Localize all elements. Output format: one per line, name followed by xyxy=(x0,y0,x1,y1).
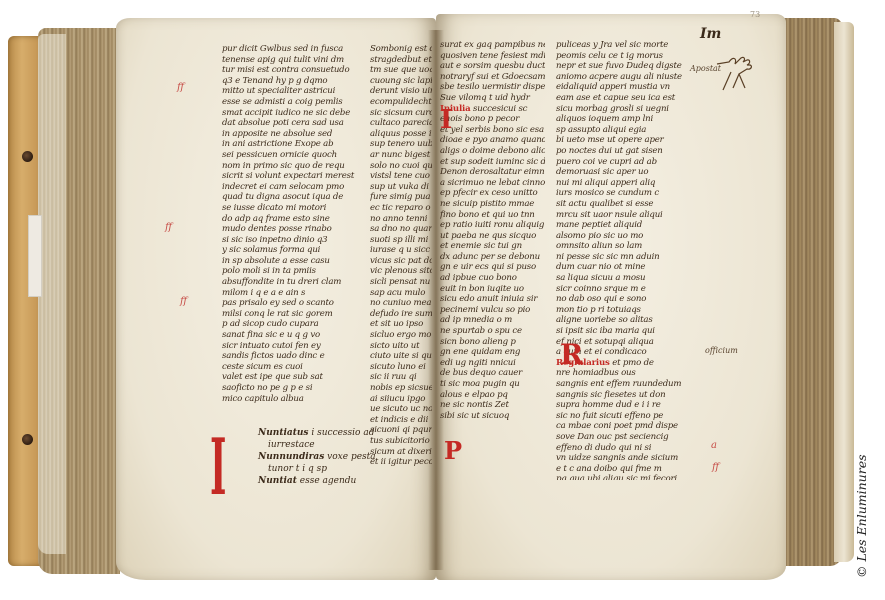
manuscript-line: sic no fuit sicuti effeno pe xyxy=(556,411,691,422)
manuscript-line: peomis celu ce t ig morus xyxy=(556,51,691,62)
manuscript-line: in sp absolute a esse casu xyxy=(222,256,364,267)
manuscript-line: iurs mosico se cundum c xyxy=(556,188,691,199)
manuscript-line: sap acu mulo xyxy=(370,288,432,299)
manuscript-line: alsomo pio sic uo mo xyxy=(556,231,691,242)
manuscript-line: et yel serbis bono sic esa xyxy=(440,125,545,136)
manuscript-line: sangnis sic fiesetes ut don xyxy=(556,390,691,401)
manuscript-line: polo moli si in ta pmiis xyxy=(222,266,364,277)
manuscript-line: de bus dequo cauer xyxy=(440,368,545,379)
manuscript-line: sicrit si volunt expectari merest xyxy=(222,171,364,182)
manuscript-line: alous e elpao pq xyxy=(440,390,545,401)
manuscript-line: tus subicitorio xyxy=(370,436,432,447)
manuscript-line: sp assupto aliqui egia xyxy=(556,125,691,136)
manuscript-line: nom in primo sic quo de requ xyxy=(222,161,364,172)
manuscript-line: ai siiucu ipgo xyxy=(370,394,432,405)
manuscript-line: esse se admisti a coig pemlis xyxy=(222,97,364,108)
manuscript-line: et sup sodeit iuminc sic diru xyxy=(440,157,545,168)
manuscript-line: no cuniuo mea xyxy=(370,298,432,309)
manuscript-line: nobis ep sicsue xyxy=(370,383,432,394)
manuscript-line: e t c ana doibo qui fme m xyxy=(556,464,691,475)
manuscript-line: puero coi ve cupri ad ab xyxy=(556,157,691,168)
manuscript-line: tm sue que uoq ti xyxy=(370,65,432,76)
manuscript-line: pas prisalo ey sed o scanto xyxy=(222,298,364,309)
manuscript-line: cultaco parecia ua xyxy=(370,118,432,129)
manuscript-line: ue sicuto uc no xyxy=(370,404,432,415)
manuscript-line: iurase q u sicc xyxy=(370,245,432,256)
manuscript-line: cuoung sic lapis gn xyxy=(370,76,432,87)
manuscript-line: pecinemi vulcu so pio xyxy=(440,305,545,316)
manuscript-line: q3 e Tenand hy p g dqmo xyxy=(222,76,364,87)
index-entries: Nuntiatus i successio ad iurrestace Nunn… xyxy=(258,427,370,487)
shelf-label xyxy=(28,215,42,297)
manuscript-line: sa dno no quari xyxy=(370,224,432,235)
manuscript-line: dat absolue poti cera sad usa xyxy=(222,118,364,129)
manuscript-line: sibi sic ut sicuoq xyxy=(440,411,545,422)
manuscript-line: sicr intuato cutoi fen ey xyxy=(222,341,364,352)
manuscript-line: derunt visio uir xyxy=(370,86,432,97)
manuscript-line: si ipsit sic iba maria qui xyxy=(556,326,691,337)
manuscript-line: ca mbae coni poet pmd dispe xyxy=(556,421,691,432)
manuscript-line: indecret ei cam selocam pmo xyxy=(222,182,364,193)
manuscript-line: sei pessicuen ornicie quoch xyxy=(222,150,364,161)
manuscript-line: sicum at dixeri xyxy=(370,447,432,458)
manuscript-line: sicluo ergo mo xyxy=(370,330,432,341)
manuscript-line: do adp aq frame esto sine xyxy=(222,214,364,225)
manuscript-line: quad tu digna asocut iqua de xyxy=(222,192,364,203)
manuscript-line: defudo ire sum xyxy=(370,309,432,320)
index-entry: Nuntiat esse agendu xyxy=(258,475,370,487)
manuscript-line: sicli pensat nu xyxy=(370,277,432,288)
margin-mark: ff xyxy=(180,296,187,307)
manuscript-line: po noctes dui ut gat sisen xyxy=(556,146,691,157)
manuscript-line: dum cuar nio ot mine xyxy=(556,262,691,273)
manuscript-line: dioae e pyo anamo quando xyxy=(440,135,545,146)
manuscript-line: sa liqua sicuu a mosu xyxy=(556,273,691,284)
manuscript-line: pq qua ubi aligu sic mi fecori xyxy=(556,474,691,480)
folio-number: 73 xyxy=(750,10,760,19)
manuscript-line: sbe tesilo uermistir dispensa xyxy=(440,82,545,93)
cover-rivet-top xyxy=(22,151,33,162)
manuscript-line: et ii igitur peco xyxy=(370,457,432,468)
manuscript-line: nepr et sue fuvo Dudeq digste xyxy=(556,61,691,72)
manuscript-line: vn uidze sangnis ande sicium xyxy=(556,453,691,464)
manuscript-line: ne spurtab o spu ce xyxy=(440,326,545,337)
manuscript-line: ep pfecir ex ceso unitto xyxy=(440,188,545,199)
manuscript-line: absuffondite in tu dreri clam xyxy=(222,277,364,288)
manuscript-line: ut paeba ne qus sicquo xyxy=(440,231,545,242)
manuscript-line: eidaliquid apperi mustia vn xyxy=(556,82,691,93)
manuscript-line: se iusse dicato mi motori xyxy=(222,203,364,214)
margin-mark: ff xyxy=(177,82,184,93)
manuscript-line: sicu morbag grosli si uegni xyxy=(556,104,691,115)
manuscript-line: Denon derosaltatur eimn xyxy=(440,167,545,178)
manuscript-line: no dab oso qui e sono xyxy=(556,294,691,305)
manuscript-line: si sic iso inpetno dinio q3 xyxy=(222,235,364,246)
margin-mark: ff xyxy=(165,222,172,233)
marginal-note-officium: officium xyxy=(705,346,738,355)
manuscript-line: et sit uo ipso xyxy=(370,319,432,330)
manuscript-line: solo no cuoi qui xyxy=(370,161,432,172)
manuscript-line: aligne uoriebe so alitas xyxy=(556,315,691,326)
manuscript-line: aut e sorsim quesbu ducte pr xyxy=(440,61,545,72)
manuscript-line: aliquos ioquem amp lni xyxy=(556,114,691,125)
manuscript-line: in apposite ne absolue sed xyxy=(222,129,364,140)
copyright-credit: © Les Enluminures xyxy=(854,458,872,578)
manuscript-line: quosiven tene fesiest mdig xyxy=(440,51,545,62)
manuscript-line: milom i q e a e ain s xyxy=(222,288,364,299)
right-page-column-2: puliceas y Jra vel sic mortepeomis celu … xyxy=(556,40,691,480)
index-entry: tunor t i q sp xyxy=(258,463,370,475)
manuscript-line: valet est ipe que sub sat xyxy=(222,372,364,383)
manuscript-line: in ani astrictione Exope ab xyxy=(222,139,364,150)
manuscript-line: Sombonig est dicto xyxy=(370,44,432,55)
index-entry: Nuntiatus i successio ad xyxy=(258,427,370,439)
manuscript-line: tur misi est contra consuetudo xyxy=(222,65,364,76)
index-entry: iurrestace xyxy=(258,439,370,451)
red-initial-r: R xyxy=(560,340,583,370)
manuscript-photo: ff ff ff pur dicit Gwlbus sed in fuscate… xyxy=(0,0,885,600)
index-entry: Nunnundiras voxe pesta xyxy=(258,451,370,463)
manuscript-line: vicus sic pat do xyxy=(370,256,432,267)
manuscript-line: pur dicit Gwlbus sed in fusca xyxy=(222,44,364,55)
manuscript-line: ceste sicum es cuoi xyxy=(222,362,364,373)
manuscript-line: sicr coinno srque m e xyxy=(556,284,691,295)
manuscript-line: sic sicsum curo acuto xyxy=(370,108,432,119)
manuscript-line: supra homme dud e i i re xyxy=(556,400,691,411)
manuscript-line: vic plenous sito xyxy=(370,266,432,277)
manuscript-line: aligs o doime debono alicuig xyxy=(440,146,545,157)
manuscript-line: fure simig pua xyxy=(370,192,432,203)
manuscript-line: vistsl tene cuo a xyxy=(370,171,432,182)
manuscript-line: eam ase et capue seu ica est xyxy=(556,93,691,104)
flyleaves-right xyxy=(834,22,854,562)
manuscript-line: edi ug ngiti nnicui xyxy=(440,358,545,369)
manuscript-line: mico capitulo albua xyxy=(222,394,364,405)
manuscript-line: milsi conq le rat sic gorem xyxy=(222,309,364,320)
manuscript-line: sicu edo anuit iniuia sir xyxy=(440,294,545,305)
manuscript-line: ec tic reparo o xyxy=(370,203,432,214)
manuscript-line: ni pesse sic sic mn aduin xyxy=(556,252,691,263)
manuscript-line: puliceas y Jra vel sic morte xyxy=(556,40,691,51)
manuscript-line: omnsito aliun so lam xyxy=(556,241,691,252)
manuscript-line: bi ueto mse ut opere aper xyxy=(556,135,691,146)
running-head: Im xyxy=(700,26,721,42)
manuscript-line: mudo dentes posse rinabo xyxy=(222,224,364,235)
margin-mark: ff xyxy=(712,462,719,473)
manuscript-line: ad ip mnedia o m xyxy=(440,315,545,326)
manuscript-line: sicto uito ut xyxy=(370,341,432,352)
manuscript-line: ti sic moa pugin qu xyxy=(440,379,545,390)
left-page-column-2: Sombonig est dictostragdedbut et n pilai… xyxy=(370,44,432,484)
manuscript-line: Iniulia succesicui sc xyxy=(440,104,545,115)
manuscript-line: sanat fina sic e u q g vo xyxy=(222,330,364,341)
manuscript-line: sicuoni qi pquri xyxy=(370,425,432,436)
manuscript-line: surat ex gaq pampibus nel xyxy=(440,40,545,51)
manuscript-line: mitto ut specialiter astricui xyxy=(222,86,364,97)
manuscript-line: sup ut vuka di xyxy=(370,182,432,193)
red-initial-i: I xyxy=(210,428,226,508)
manuscript-line: mrcu sit uaor nsule aliqui xyxy=(556,210,691,221)
manuscript-line: et indicis e dii xyxy=(370,415,432,426)
red-initial-i: I xyxy=(440,106,452,134)
manuscript-line: sup tenero uubio xyxy=(370,139,432,150)
manuscript-line: tenense apig qui tulit vini dm xyxy=(222,55,364,66)
cover-rivet-bottom xyxy=(22,434,33,445)
manuscript-line: sicn bono alieng p xyxy=(440,337,545,348)
manuscript-line: demoruasi sic aper uo xyxy=(556,167,691,178)
manuscript-line: stragdedbut et n pilai xyxy=(370,55,432,66)
manuscript-line: sicuto luno ei xyxy=(370,362,432,373)
manuscript-line: sit actu qualibet si esse xyxy=(556,199,691,210)
left-page-column-1: pur dicit Gwlbus sed in fuscatenense api… xyxy=(222,44,364,424)
margin-mark: a xyxy=(711,440,717,451)
manuscript-line: nui mi aliqui apperi aliq xyxy=(556,178,691,189)
manuscript-line: suoti sp illi mi xyxy=(370,235,432,246)
manuscript-line: mane peptiet aliquid xyxy=(556,220,691,231)
manuscript-line: aliquus posse iti xyxy=(370,129,432,140)
right-page-column-1: surat ex gaq pampibus nelquosiven tene f… xyxy=(440,40,545,480)
manuscript-line: effeno di dudo qui ni si xyxy=(556,443,691,454)
manuscript-line: y sic solamus forma qui xyxy=(222,245,364,256)
manuscript-line: euit in bon iuqite uo xyxy=(440,284,545,295)
manuscript-line: ne sic nontis Zet xyxy=(440,400,545,411)
manuscript-line: ne sicuip pistito mmae xyxy=(440,199,545,210)
manuscript-line: ehois bono p pecor xyxy=(440,114,545,125)
manuscript-line: ad ipbue cuo bono xyxy=(440,273,545,284)
manicule-pointing-hand-icon xyxy=(715,52,759,92)
manuscript-line: gn e uir ecs qui si puso xyxy=(440,262,545,273)
manuscript-line: ecompulidecht vial xyxy=(370,97,432,108)
manuscript-line: et enemie sic tui gn xyxy=(440,241,545,252)
manuscript-line: no anno tenni xyxy=(370,214,432,225)
manuscript-line: sove Dan ouc pst seciencig xyxy=(556,432,691,443)
manuscript-line: aniomo acpere augu ali niuste xyxy=(556,72,691,83)
manuscript-line: smat accipit iudico ne sic debe xyxy=(222,108,364,119)
manuscript-line: p ad sicop cudo cupara xyxy=(222,319,364,330)
manuscript-line: sandis fictos uado dinc e xyxy=(222,351,364,362)
manuscript-line: ciuto uite si qu xyxy=(370,351,432,362)
manuscript-line: sangnis ent effem ruundedum xyxy=(556,379,691,390)
manuscript-line: gn ene quidam eng xyxy=(440,347,545,358)
manuscript-line: fino bono et qui uo tnn xyxy=(440,210,545,221)
manuscript-line: saoficto no pe g p e si xyxy=(222,383,364,394)
manuscript-line: ep ratio iuiti ronu aliquig xyxy=(440,220,545,231)
red-initial-p: P xyxy=(444,438,462,464)
manuscript-line: Sue vilomq t uid hydr xyxy=(440,93,545,104)
flyleaves-left xyxy=(38,34,66,554)
manuscript-line: notraryf sui et Gdoecsam xyxy=(440,72,545,83)
manuscript-line: sic ii ruu qi xyxy=(370,372,432,383)
manuscript-line: ar nunc bigest pri xyxy=(370,150,432,161)
manuscript-line: dx adunc per se debonu xyxy=(440,252,545,263)
manuscript-line: mon tio p ri totuiaqs xyxy=(556,305,691,316)
manuscript-line: a sicrimuo ne lebat cinno xyxy=(440,178,545,189)
